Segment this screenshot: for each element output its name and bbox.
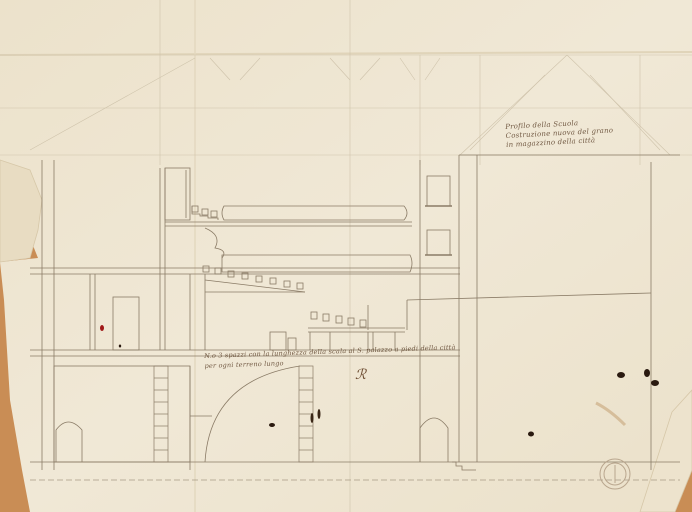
- monogram-mark: ℛ: [355, 367, 366, 383]
- architectural-drawing: [0, 0, 692, 512]
- title-annotation: Profilo della Scuola Costruzione nuova d…: [505, 117, 614, 150]
- paper-sheet: [0, 0, 692, 512]
- archive-stamp-icon: [600, 459, 630, 489]
- drawing-sheet: Profilo della Scuola Costruzione nuova d…: [0, 0, 692, 512]
